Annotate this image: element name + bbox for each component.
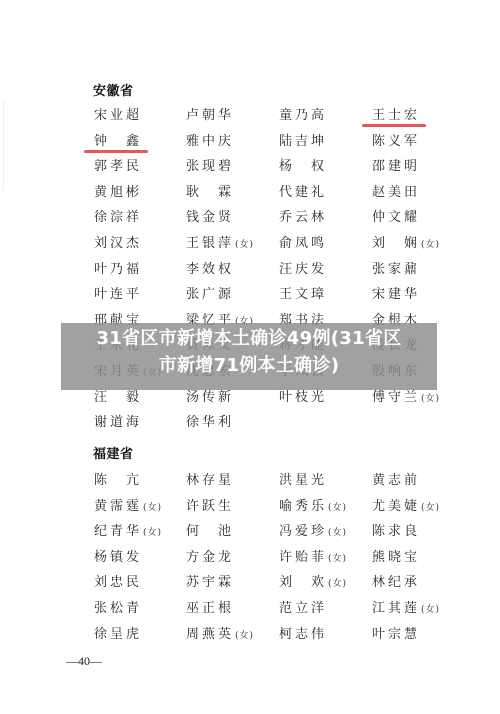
name-entry: 洪星光: [279, 469, 327, 488]
name-entry: 张松青: [94, 597, 142, 616]
name-entry: 陆吉坤: [279, 130, 327, 149]
name-entry: 黄旭彬: [94, 181, 142, 200]
female-marker: (女): [421, 240, 440, 250]
name-entry: 王银萍(女): [186, 232, 254, 251]
name-text: 陈 亢: [94, 473, 142, 488]
name-entry: 张现碧: [186, 155, 234, 174]
name-text: 黄霈霆: [94, 499, 142, 514]
name-text: 代建礼: [279, 185, 327, 200]
name-entry: 冯爱珍(女): [279, 520, 347, 539]
name-entry: 宋建华: [372, 283, 420, 302]
name-text: 赵美田: [372, 185, 420, 200]
name-row: 刘忠民苏宇霖刘 欢(女)林纪承: [0, 571, 500, 593]
name-text: 范立洋: [279, 601, 327, 616]
name-text: 张家鼐: [372, 262, 420, 277]
name-entry: 纪青华(女): [94, 520, 162, 539]
name-entry: 刘 娴(女): [372, 232, 440, 251]
name-text: 叶宗慧: [372, 627, 420, 642]
name-entry: 叶宗慧: [372, 623, 420, 642]
name-row: 谢道海徐华利: [0, 411, 500, 433]
name-text: 徐淙祥: [94, 210, 142, 225]
name-entry: 童乃高: [279, 104, 327, 123]
name-entry: 雅中庆: [186, 130, 234, 149]
name-text: 周燕英: [186, 627, 234, 642]
name-entry: 熊晓宝: [372, 546, 420, 565]
name-entry: 巫正根: [186, 597, 234, 616]
female-marker: (女): [421, 503, 440, 513]
name-text: 江其莲: [372, 601, 420, 616]
name-entry: 陈 亢: [94, 469, 142, 488]
name-text: 尤美婕: [372, 499, 420, 514]
female-marker: (女): [328, 579, 347, 589]
name-row: 郭孝民张现碧杨 权邵建明: [0, 155, 500, 177]
name-text: 黄志前: [372, 473, 420, 488]
name-entry: 许贻菲(女): [279, 546, 347, 565]
name-text: 叶枝光: [279, 390, 327, 405]
name-entry: 李效权: [186, 258, 234, 277]
name-entry: 钱金贤: [186, 206, 234, 225]
name-text: 郭孝民: [94, 159, 142, 174]
name-text: 童乃高: [279, 108, 327, 123]
name-entry: 叶乃福: [94, 258, 142, 277]
name-entry: 何 池: [186, 520, 234, 539]
name-text: 宋建华: [372, 287, 420, 302]
name-text: 陈义军: [372, 134, 420, 149]
name-text: 仲文耀: [372, 210, 420, 225]
name-row: 叶连平张广源王文璋宋建华: [0, 283, 500, 305]
name-text: 王文璋: [279, 287, 327, 302]
name-text: 张广源: [186, 287, 234, 302]
name-row: 杨镇发方金龙许贻菲(女)熊晓宝: [0, 546, 500, 568]
name-entry: 汪庆发: [279, 258, 327, 277]
name-entry: 刘忠民: [94, 571, 142, 590]
name-entry: 林纪承: [372, 571, 420, 590]
name-text: 宋业超: [94, 108, 142, 123]
female-marker: (女): [421, 394, 440, 404]
name-text: 林存星: [186, 473, 234, 488]
name-entry: 钟 鑫: [94, 130, 142, 149]
name-entry: 黄霈霆(女): [94, 495, 162, 514]
female-marker: (女): [328, 503, 347, 513]
name-text: 雅中庆: [186, 134, 234, 149]
name-text: 邵建明: [372, 159, 420, 174]
name-text: 俞凤鸣: [279, 236, 327, 251]
name-text: 洪星光: [279, 473, 327, 488]
name-text: 柯志伟: [279, 627, 327, 642]
name-text: 杨镇发: [94, 550, 142, 565]
name-text: 喻秀乐: [279, 499, 327, 514]
name-text: 耿 霖: [186, 185, 234, 200]
name-text: 巫正根: [186, 601, 234, 616]
name-entry: 张家鼐: [372, 258, 420, 277]
name-entry: 宋业超: [94, 104, 142, 123]
name-text: 徐呈虎: [94, 627, 142, 642]
name-entry: 杨 权: [279, 155, 327, 174]
name-text: 汪 毅: [94, 390, 142, 405]
name-entry: 方金龙: [186, 546, 234, 565]
name-entry: 张广源: [186, 283, 234, 302]
name-entry: 陈义军: [372, 130, 420, 149]
name-text: 李效权: [186, 262, 234, 277]
name-entry: 黄志前: [372, 469, 420, 488]
name-row: 刘汉杰王银萍(女)俞凤鸣刘 娴(女): [0, 232, 500, 254]
female-marker: (女): [235, 631, 254, 641]
name-row: 黄霈霆(女)许跃生喻秀乐(女)尤美婕(女): [0, 495, 500, 517]
name-entry: 赵美田: [372, 181, 420, 200]
name-row: 宋业超卢朝华童乃高王士宏: [0, 104, 500, 126]
name-text: 徐华利: [186, 415, 234, 430]
name-text: 卢朝华: [186, 108, 234, 123]
name-text: 乔云林: [279, 210, 327, 225]
name-entry: 卢朝华: [186, 104, 234, 123]
name-entry: 耿 霖: [186, 181, 234, 200]
female-marker: (女): [143, 528, 162, 538]
name-text: 汪庆发: [279, 262, 327, 277]
name-row: 钟 鑫雅中庆陆吉坤陈义军: [0, 130, 500, 152]
page-number: —40—: [66, 654, 102, 669]
name-entry: 王士宏: [372, 104, 420, 123]
name-text: 汤传新: [186, 390, 234, 405]
name-row: 纪青华(女)何 池冯爱珍(女)陈求良: [0, 520, 500, 542]
name-entry: 周燕英(女): [186, 623, 254, 642]
name-entry: 范立洋: [279, 597, 327, 616]
name-entry: 徐华利: [186, 411, 234, 430]
name-entry: 俞凤鸣: [279, 232, 327, 251]
name-entry: 杨镇发: [94, 546, 142, 565]
name-text: 王士宏: [372, 108, 420, 123]
name-entry: 徐淙祥: [94, 206, 142, 225]
name-text: 刘忠民: [94, 575, 142, 590]
headline-line-1: 31省区市新增本土确诊49例(31省区: [61, 325, 437, 352]
section-title: 福建省: [93, 443, 134, 462]
name-row: 徐呈虎周燕英(女)柯志伟叶宗慧: [0, 623, 500, 645]
name-text: 王银萍: [186, 236, 234, 251]
name-text: 钟 鑫: [94, 134, 142, 149]
name-text: 张现碧: [186, 159, 234, 174]
name-text: 纪青华: [94, 524, 142, 539]
name-entry: 许跃生: [186, 495, 234, 514]
name-text: 杨 权: [279, 159, 327, 174]
name-text: 许贻菲: [279, 550, 327, 565]
name-text: 陆吉坤: [279, 134, 327, 149]
name-entry: 仲文耀: [372, 206, 420, 225]
headline-overlay-text: 31省区市新增本土确诊49例(31省区 市新增71例本土确诊): [61, 325, 437, 379]
name-entry: 刘汉杰: [94, 232, 142, 251]
female-marker: (女): [328, 528, 347, 538]
name-entry: 徐呈虎: [94, 623, 142, 642]
name-entry: 郭孝民: [94, 155, 142, 174]
name-row: 张松青巫正根范立洋江其莲(女): [0, 597, 500, 619]
name-row: 陈 亢林存星洪星光黄志前: [0, 469, 500, 491]
name-entry: 王文璋: [279, 283, 327, 302]
name-text: 熊晓宝: [372, 550, 420, 565]
name-text: 钱金贤: [186, 210, 234, 225]
female-marker: (女): [421, 605, 440, 615]
name-entry: 叶连平: [94, 283, 142, 302]
name-text: 张松青: [94, 601, 142, 616]
name-entry: 柯志伟: [279, 623, 327, 642]
name-text: 黄旭彬: [94, 185, 142, 200]
name-text: 刘汉杰: [94, 236, 142, 251]
name-text: 刘 娴: [372, 236, 420, 251]
name-entry: 林存星: [186, 469, 234, 488]
name-entry: 刘 欢(女): [279, 571, 347, 590]
name-entry: 谢道海: [94, 411, 142, 430]
name-entry: 邵建明: [372, 155, 420, 174]
name-entry: 陈求良: [372, 520, 420, 539]
headline-line-2: 市新增71例本土确诊): [61, 352, 437, 379]
section-title: 安徽省: [93, 80, 134, 99]
name-text: 林纪承: [372, 575, 420, 590]
name-text: 叶连平: [94, 287, 142, 302]
female-marker: (女): [328, 554, 347, 564]
name-row: 黄旭彬耿 霖代建礼赵美田: [0, 181, 500, 203]
name-row: 徐淙祥钱金贤乔云林仲文耀: [0, 206, 500, 228]
name-text: 冯爱珍: [279, 524, 327, 539]
name-entry: 江其莲(女): [372, 597, 440, 616]
name-row: 叶乃福李效权汪庆发张家鼐: [0, 258, 500, 280]
name-text: 傅守兰: [372, 390, 420, 405]
name-text: 谢道海: [94, 415, 142, 430]
name-text: 刘 欢: [279, 575, 327, 590]
name-entry: 尤美婕(女): [372, 495, 440, 514]
female-marker: (女): [235, 240, 254, 250]
female-marker: (女): [143, 503, 162, 513]
name-text: 陈求良: [372, 524, 420, 539]
name-entry: 苏宇霖: [186, 571, 234, 590]
name-text: 方金龙: [186, 550, 234, 565]
name-text: 苏宇霖: [186, 575, 234, 590]
name-text: 许跃生: [186, 499, 234, 514]
name-entry: 乔云林: [279, 206, 327, 225]
name-entry: 代建礼: [279, 181, 327, 200]
name-text: 何 池: [186, 524, 234, 539]
name-text: 叶乃福: [94, 262, 142, 277]
name-entry: 喻秀乐(女): [279, 495, 347, 514]
